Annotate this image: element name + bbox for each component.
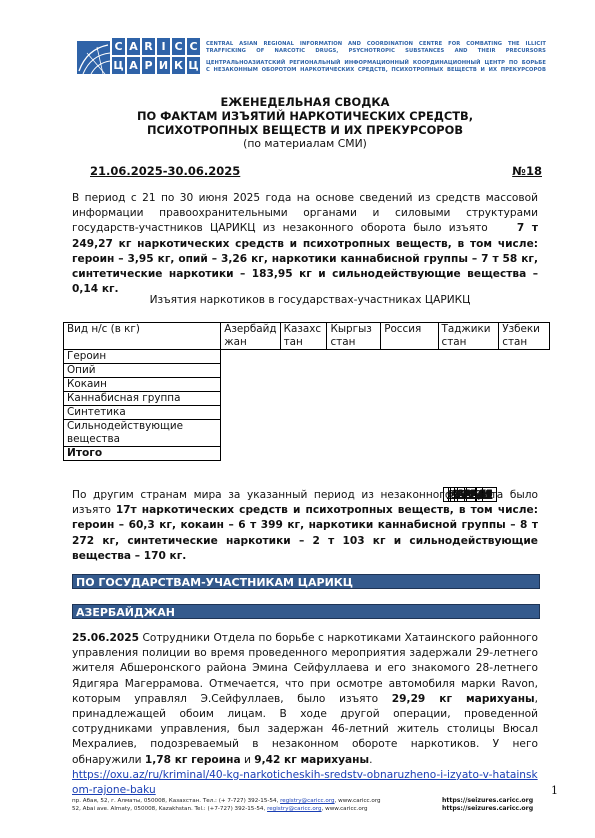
table-row: Опий100002.26 bbox=[64, 364, 550, 378]
logo-letter: I bbox=[157, 38, 170, 55]
row-label: Синтетика bbox=[64, 406, 221, 420]
row-label: Кокаин bbox=[64, 378, 221, 392]
table-caption: Изъятия наркотиков в государствах-участн… bbox=[60, 294, 560, 306]
logo-letter: Р bbox=[142, 57, 155, 74]
report-number: №18 bbox=[512, 164, 542, 178]
table-row: Героин2.78001.1700 bbox=[64, 350, 550, 364]
logo-letter: Ц bbox=[187, 57, 200, 74]
logo-letter: Ц bbox=[112, 57, 125, 74]
logo-letter: C bbox=[112, 38, 125, 55]
seizures-table: Вид н/с (в кг)Азербайд жанКазахс танКырг… bbox=[63, 322, 550, 461]
table-row: Каннабисная группа6805.71150.19118.14011… bbox=[64, 392, 550, 406]
table-row: Кокаин000000 bbox=[64, 378, 550, 392]
section-header-members: ПО ГОСУДАРСТВАМ-УЧАСТНИКАМ ЦАРИКЦ bbox=[72, 574, 540, 589]
document-page: CARICC ЦАРИКЦ CENTRAL ASIAN REGIONAL INF… bbox=[0, 0, 595, 838]
globe-icon bbox=[77, 41, 110, 74]
cell-value: Казахс тан bbox=[280, 323, 327, 350]
table-total-row: Итого6810.57190.19289.50130.01 bbox=[64, 447, 550, 461]
section-header-azerbaijan: АЗЕРБАЙДЖАН bbox=[72, 604, 540, 619]
page-number: 1 bbox=[551, 784, 558, 797]
row-label: Каннабисная группа bbox=[64, 392, 221, 406]
cell-value: Таджики стан bbox=[438, 323, 499, 350]
logo-letter: C bbox=[172, 38, 185, 55]
row-label: Сильнодействующие вещества bbox=[64, 420, 221, 447]
table-header-row: Вид н/с (в кг)Азербайд жанКазахс танКырг… bbox=[64, 323, 550, 350]
row-label: Итого bbox=[64, 447, 221, 461]
logo-letter: R bbox=[142, 38, 155, 55]
organization-name: CENTRAL ASIAN REGIONAL INFORMATION AND C… bbox=[206, 41, 546, 74]
cell-value: Азербайд жан bbox=[221, 323, 280, 350]
logo-letter: C bbox=[187, 38, 200, 55]
row-label: Героин bbox=[64, 350, 221, 364]
email-link[interactable]: registry@caricc.org bbox=[280, 798, 335, 804]
logo-letter: A bbox=[127, 38, 140, 55]
report-period: 21.06.2025-30.06.2025 bbox=[90, 164, 240, 178]
cell-value: Кыргыз стан bbox=[327, 323, 381, 350]
letterhead: CARICC ЦАРИКЦ CENTRAL ASIAN REGIONAL INF… bbox=[77, 38, 547, 76]
cell-value: Россия bbox=[381, 323, 438, 350]
caricc-logo: CARICC ЦАРИКЦ bbox=[77, 38, 202, 76]
intro-paragraph: В период с 21 по 30 июня 2025 года на ос… bbox=[72, 191, 538, 297]
news-item: 25.06.2025 Сотрудники Отдела по борьбе с… bbox=[72, 631, 538, 798]
row-label: Вид н/с (в кг) bbox=[64, 323, 221, 350]
report-subtitle: (по материалам СМИ) bbox=[60, 137, 550, 150]
table-row: Синтетика1.0840170.1908.68 bbox=[64, 406, 550, 420]
report-title: ЕЖЕНЕДЕЛЬНАЯ СВОДКА ПО ФАКТАМ ИЗЪЯТИЙ НА… bbox=[60, 95, 550, 150]
footer-seizures-url: https://seizures.caricc.org https://seiz… bbox=[442, 797, 533, 814]
news-date: 25.06.2025 bbox=[72, 632, 139, 644]
table-row: Сильнодействующие вещества000000.14 bbox=[64, 420, 550, 447]
world-paragraph: По другим странам мира за указанный пери… bbox=[72, 488, 538, 564]
email-link[interactable]: registry@caricc.org bbox=[267, 806, 322, 812]
source-link[interactable]: https://oxu.az/ru/kriminal/40-kg-narkoti… bbox=[72, 769, 538, 796]
cell-value: Узбеки стан bbox=[499, 323, 550, 350]
logo-letter: И bbox=[157, 57, 170, 74]
logo-letter: А bbox=[127, 57, 140, 74]
logo-letter: К bbox=[172, 57, 185, 74]
footer-address: пр. Абая, 52, г. Алматы, 050008, Казахст… bbox=[72, 797, 381, 814]
row-label: Опий bbox=[64, 364, 221, 378]
